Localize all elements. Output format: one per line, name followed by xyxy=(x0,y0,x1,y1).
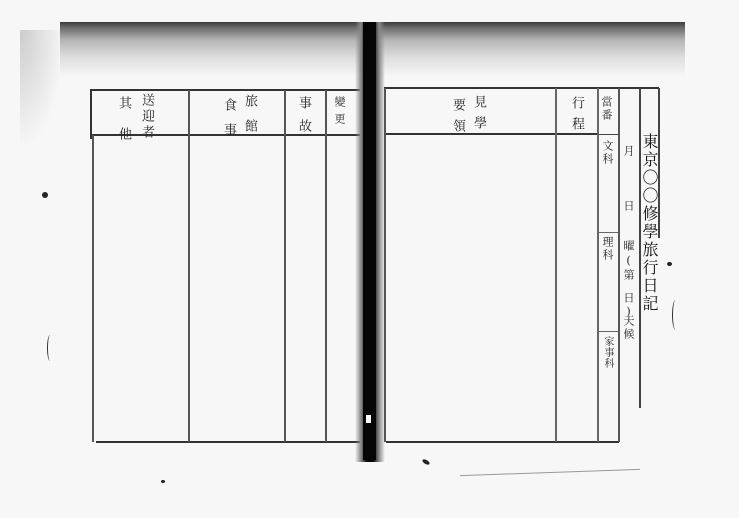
date-day: 日 xyxy=(623,200,634,213)
duty-science: 理科 xyxy=(602,236,613,262)
rule xyxy=(384,133,599,135)
header-accident: 事故 xyxy=(297,96,310,142)
rule xyxy=(386,441,619,443)
rule xyxy=(96,441,360,443)
header-other-2: 其他 xyxy=(117,96,130,158)
rule xyxy=(325,90,327,442)
scan-curve-mark xyxy=(47,335,53,361)
rule xyxy=(92,135,94,442)
scan-speck xyxy=(161,480,165,483)
header-changes: 變更 xyxy=(334,96,345,130)
rule xyxy=(90,89,92,139)
scan-speck xyxy=(667,262,672,266)
duty-home-ec: 家事科 xyxy=(602,336,612,369)
spine-highlight xyxy=(366,415,371,423)
header-other-1: 送迎者 xyxy=(140,93,153,141)
book-spine xyxy=(363,22,376,460)
date-month: 月 xyxy=(623,145,634,158)
duty-humanities: 文科 xyxy=(602,140,613,166)
rule xyxy=(555,88,557,442)
rule xyxy=(598,331,618,332)
rule xyxy=(597,88,599,442)
date-weather: 天候 xyxy=(623,315,634,341)
date-nth-open: (第 xyxy=(623,254,634,282)
date-weekday: 曜 xyxy=(623,240,634,253)
rule xyxy=(598,232,618,233)
rule xyxy=(284,90,286,442)
scan-stray-line xyxy=(460,469,640,476)
rule xyxy=(384,88,386,442)
scan-shadow-left xyxy=(20,30,65,150)
header-visits-1: 見學 xyxy=(472,95,485,137)
rule xyxy=(618,88,620,442)
diary-title: 東京〇〇修學旅行日記 xyxy=(641,133,657,313)
rule xyxy=(598,134,618,135)
scan-speck xyxy=(422,458,431,465)
scan-curve-mark xyxy=(672,300,679,330)
header-inn-1: 旅館 xyxy=(243,94,256,144)
header-inn-2: 食事 xyxy=(222,98,235,148)
rule xyxy=(90,89,360,91)
scanned-page: 送迎者 其他 旅館 食事 事故 變更 見學 要領 行程 當番 文科 理科 家事科… xyxy=(0,0,739,518)
header-duty: 當番 xyxy=(601,96,612,122)
header-itinerary: 行程 xyxy=(570,96,583,138)
header-visits-2: 要領 xyxy=(451,98,464,140)
scan-speck xyxy=(42,192,48,198)
rule xyxy=(188,90,190,442)
